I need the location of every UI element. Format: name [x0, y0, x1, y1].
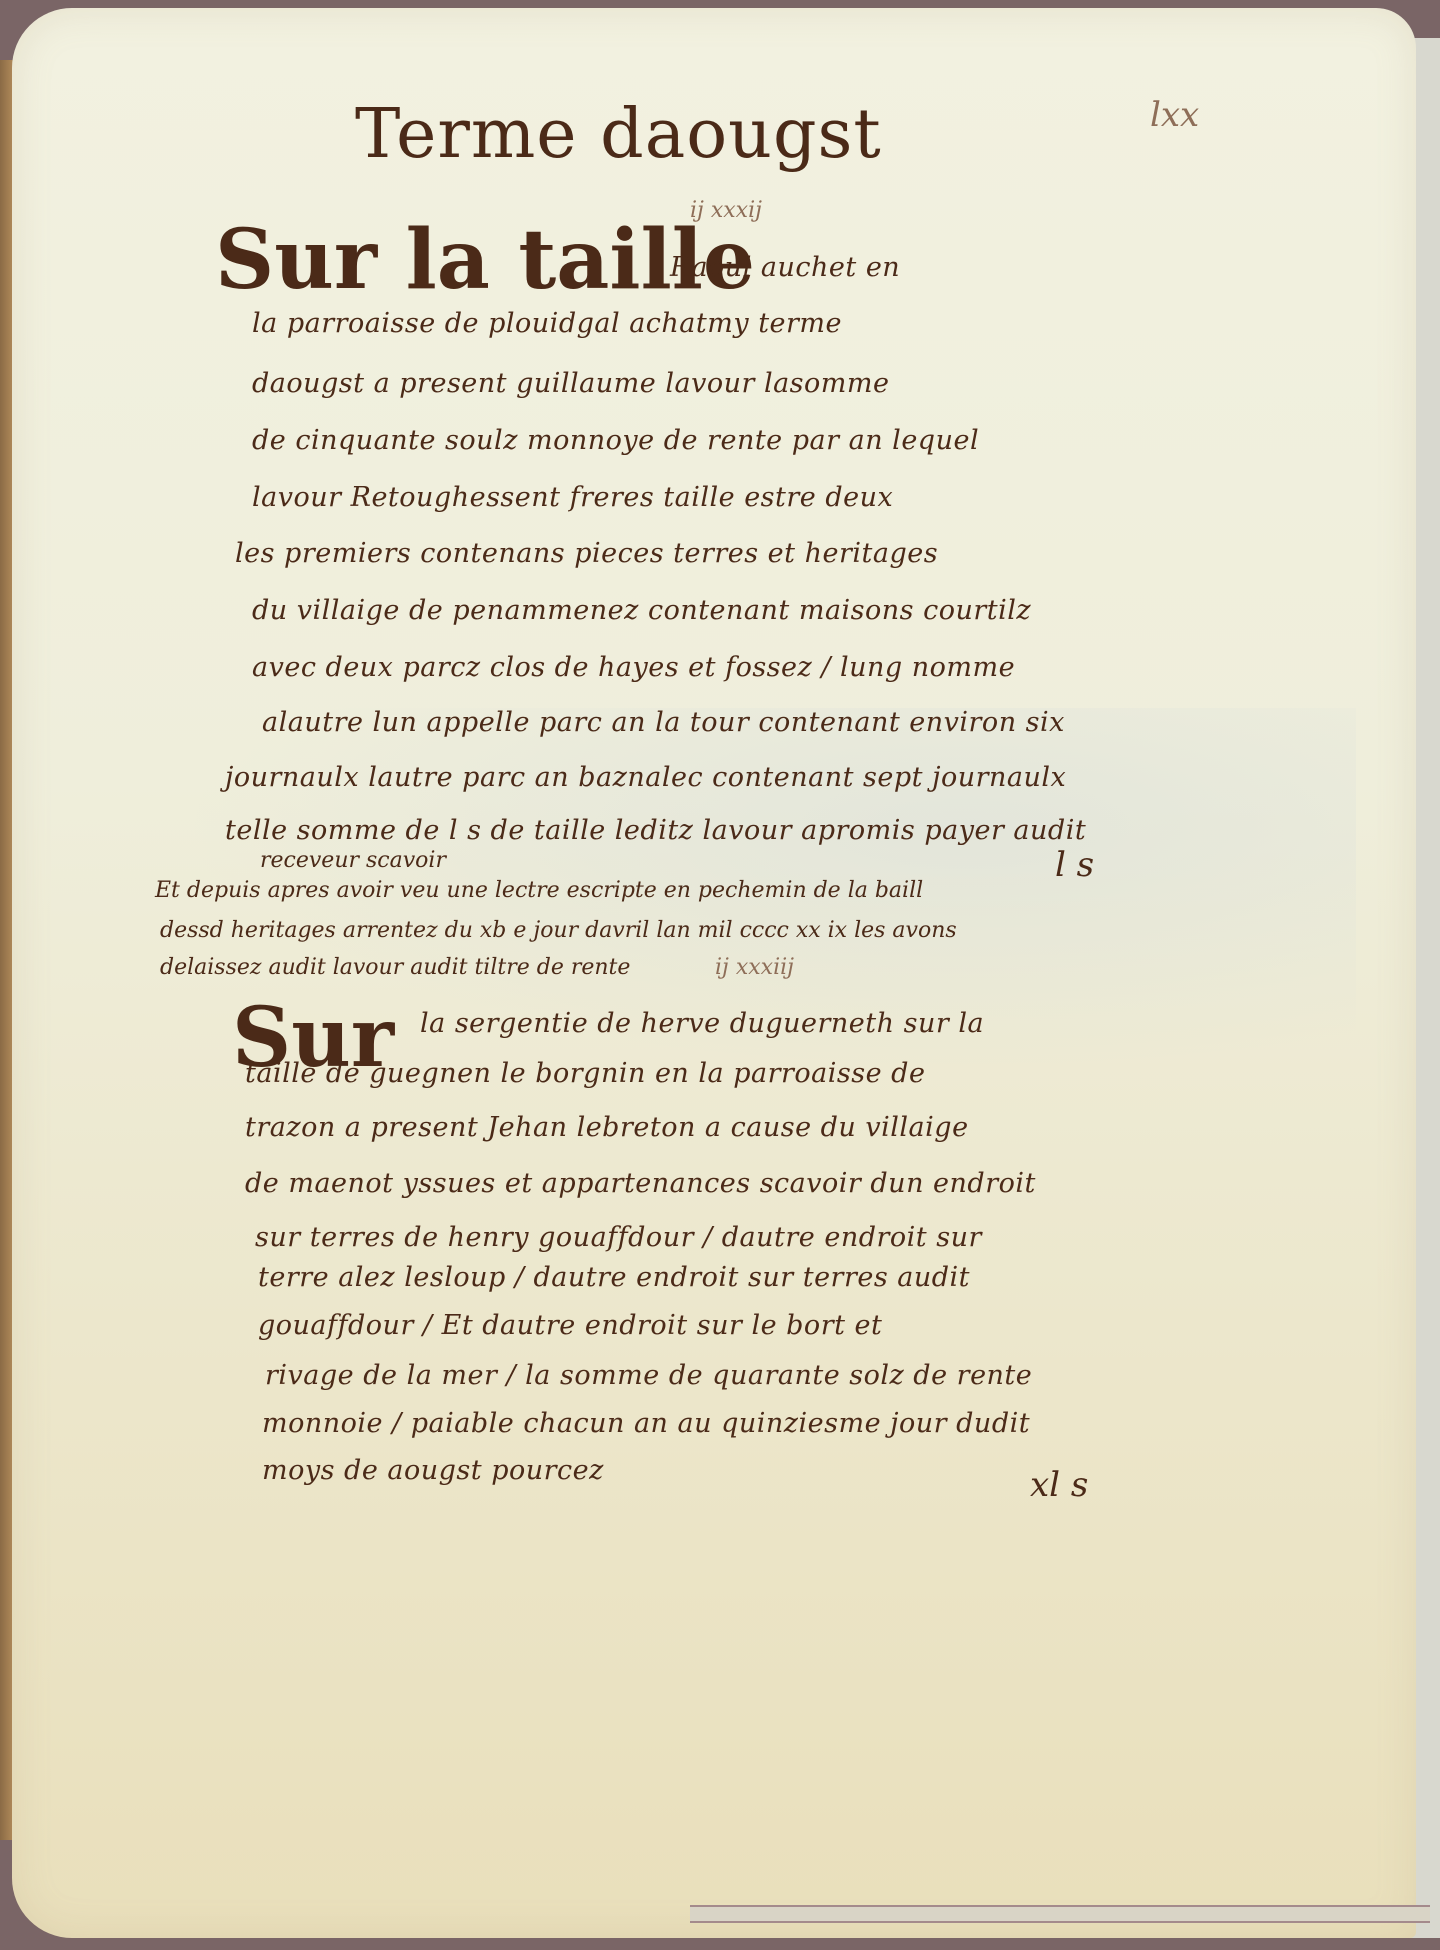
entry-line: telle somme de l s de taille leditz lavo…: [225, 815, 1086, 846]
annotation-line: delaissez audit lavour audit tiltre de r…: [160, 955, 630, 980]
entry-line: moys de aougst pourcez: [262, 1455, 604, 1486]
entry-line: monnoie / paiable chacun an au quinziesm…: [262, 1408, 1030, 1439]
folio-number: lxx: [1150, 95, 1199, 135]
entry-line: de maenot yssues et appartenances scavoi…: [245, 1168, 1036, 1199]
entry-line: trazon a present Jehan lebreton a cause …: [245, 1112, 969, 1143]
entry-line: lavour Retoughessent freres taille estre…: [252, 482, 893, 513]
entry-amount: l s: [1055, 845, 1094, 885]
entry-line: alautre lun appelle parc an la tour cont…: [262, 707, 1065, 738]
page-heading: Terme daougst: [355, 95, 882, 174]
annotation-line: Et depuis apres avoir veu une lectre esc…: [155, 878, 923, 903]
entry-line: journaulx lautre parc an baznalec conten…: [225, 762, 1066, 793]
marginal-number: ij xxxiij: [715, 955, 794, 980]
page-edge: [690, 1905, 1430, 1923]
entry-amount: xl s: [1030, 1465, 1088, 1505]
entry-line: la sergentie de herve duguerneth sur la: [420, 1008, 984, 1039]
entry-line: gouaffdour / Et dautre endroit sur le bo…: [258, 1310, 882, 1341]
annotation-line: dessd heritages arrentez du xb e jour da…: [160, 918, 957, 943]
entry-line: sur terres de henry gouaffdour / dautre …: [255, 1222, 982, 1253]
entry-line: les premiers contenans pieces terres et …: [235, 538, 938, 569]
entry-line: du villaige de penammenez contenant mais…: [252, 595, 1031, 626]
entry-line: rivage de la mer / la somme de quarante …: [265, 1360, 1032, 1391]
entry-line: avec deux parcz clos de hayes et fossez …: [252, 652, 1015, 683]
entry-line: de cinquante soulz monnoye de rente par …: [252, 425, 979, 456]
entry-line: daougst a present guillaume lavour lasom…: [252, 368, 889, 399]
entry-line: terre alez lesloup / dautre endroit sur …: [258, 1262, 970, 1293]
entry-line: la parroaisse de plouidgal achatmy terme: [252, 308, 842, 339]
entry-line: Raoul auchet en: [670, 252, 900, 283]
entry-line: taille de guegnen le borgnin en la parro…: [245, 1058, 925, 1089]
entry-line: receveur scavoir: [260, 848, 446, 873]
